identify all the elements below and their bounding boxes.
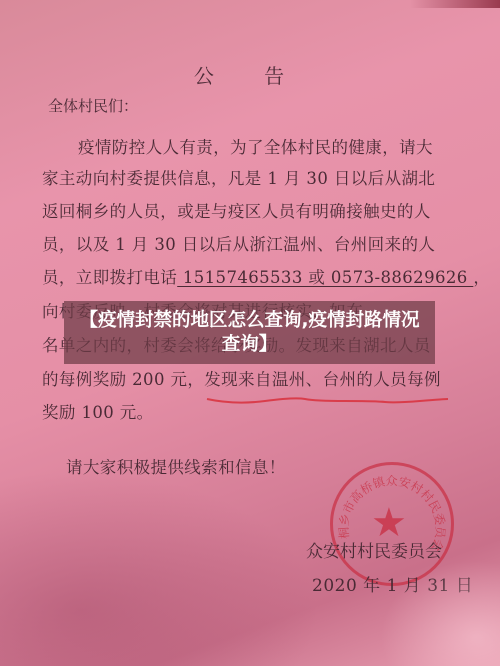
body-line-2: 家主动向村委提供信息，凡是 1 月 30 日以后从湖北 [42,165,435,189]
caption-text: 【疫情封禁的地区怎么查询,疫情封路情况查询】 [64,309,435,357]
signature-date: 2020 年 1 月 31 日 [312,571,473,596]
phone-numbers: 15157465533 或 0573-88629626 [177,268,473,287]
notice-title: 公 告 [0,60,500,89]
official-seal: 桐乡市高桥镇众安村村民委员会 ★ [330,462,454,586]
body-line-9: 奖励 100 元。 [42,399,154,423]
body-line-5: 员，立即拨打电话 15157465533 或 0573-88629626 ， [42,264,490,288]
notice-greeting: 全体村民们： [48,95,138,116]
handwritten-red-underline [205,393,450,407]
caption-overlay: 【疫情封禁的地区怎么查询,疫情封路情况查询】 [64,301,435,364]
phone-suffix: ， [473,268,490,287]
body-line-4: 员，以及 1 月 30 日以后从浙江温州、台州回来的人 [42,231,435,255]
body-line-1: 疫情防控人人有责，为了全体村民的健康，请大 [78,134,433,158]
body-line-8: 的每例奖励 200 元，发现来自温州、台州的人员每例 [42,366,441,390]
call-instruction: 员，立即拨打电话 [42,268,177,287]
closing-line: 请大家积极提供线索和信息！ [66,454,286,478]
body-line-3: 返回桐乡的人员，或是与疫区人员有明确接触史的人 [42,198,431,222]
signature-organization: 众安村村民委员会 [306,537,442,562]
